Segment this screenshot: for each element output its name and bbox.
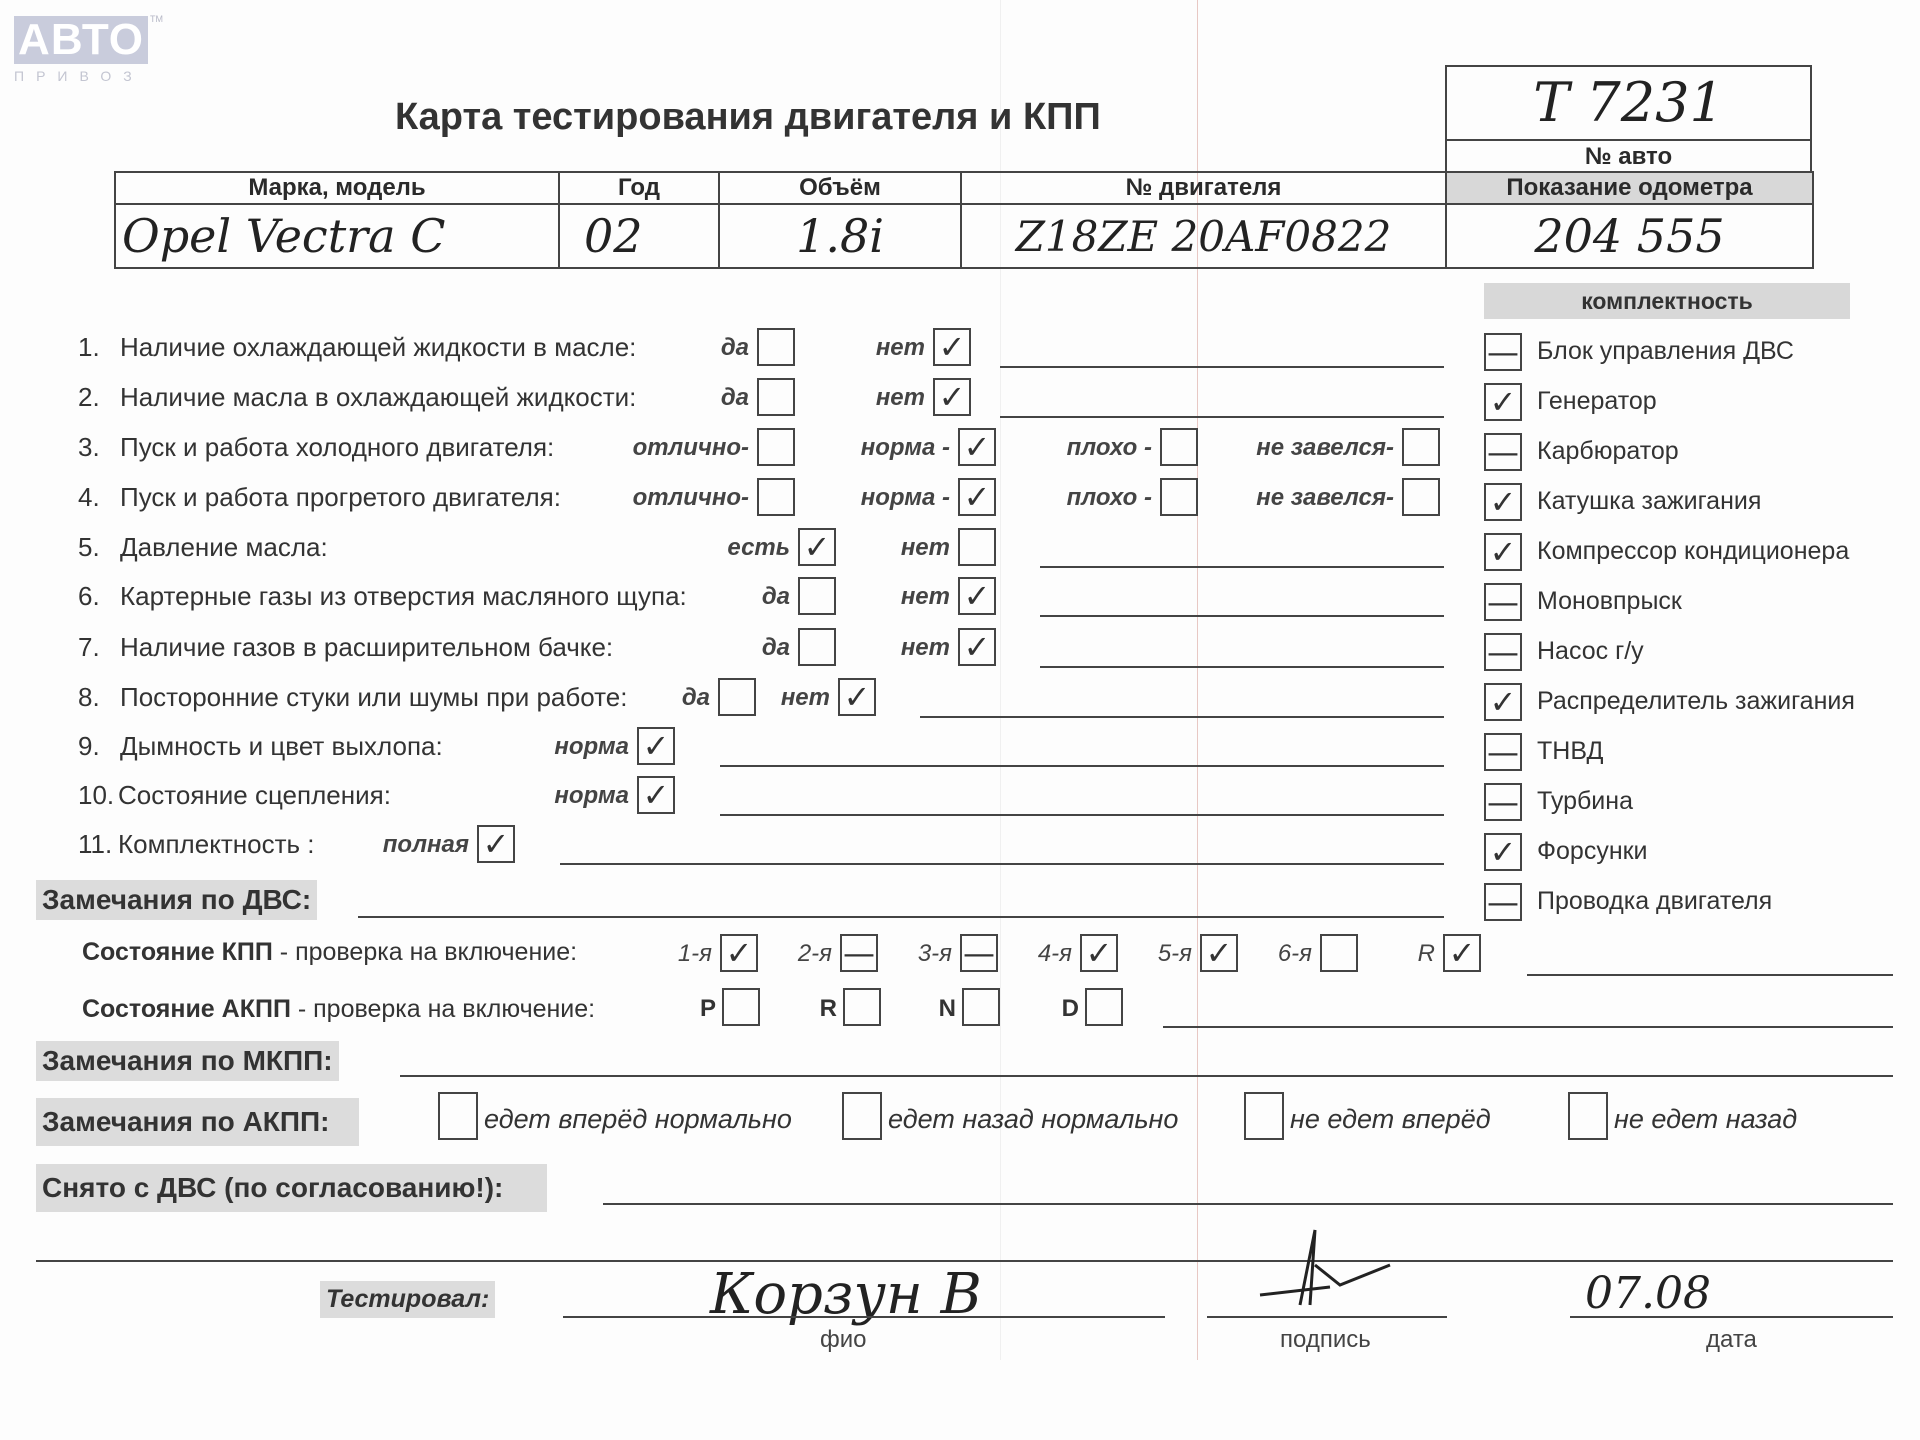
option-label: есть — [727, 534, 790, 562]
option-label: плохо - — [1067, 484, 1152, 512]
option-label: нет — [901, 534, 950, 562]
checklist-number: 6. — [78, 581, 100, 612]
signature-caption: подпись — [1280, 1326, 1371, 1354]
auto-remark-checkbox[interactable] — [842, 1092, 882, 1140]
checklist-notes-field[interactable] — [1000, 416, 1444, 418]
gear-label: 1-я — [678, 940, 712, 968]
completeness-checkbox[interactable]: ✓ — [1484, 833, 1522, 871]
option-label: нет — [781, 684, 830, 712]
checklist-item-label: Пуск и работа прогретого двигателя: — [120, 482, 561, 513]
option-checkbox[interactable] — [757, 328, 795, 366]
option-label: не завелся- — [1256, 484, 1394, 512]
option-label: нет — [876, 384, 925, 412]
checklist-item-label: Комплектность : — [118, 829, 315, 860]
option-checkbox[interactable]: ✓ — [637, 727, 675, 765]
auto-remark-option-label: едет вперёд нормально — [484, 1104, 792, 1135]
checklist-notes-field[interactable] — [720, 765, 1444, 767]
completeness-item-label: Катушка зажигания — [1537, 487, 1761, 516]
gear-label: 2-я — [798, 940, 832, 968]
option-label: норма — [554, 782, 629, 810]
checklist-notes-field[interactable] — [720, 814, 1444, 816]
checklist-number: 3. — [78, 432, 100, 463]
option-checkbox[interactable]: ✓ — [637, 776, 675, 814]
checklist-notes-field[interactable] — [920, 716, 1444, 718]
completeness-item-label: Моновпрыск — [1537, 587, 1682, 616]
checklist-item-label: Наличие газов в расширительном бачке: — [120, 632, 613, 663]
option-label: да — [762, 634, 790, 662]
completeness-item-label: Насос г/у — [1537, 637, 1644, 666]
gear-checkbox[interactable]: ✓ — [1080, 934, 1118, 972]
option-checkbox[interactable] — [757, 478, 795, 516]
option-checkbox[interactable]: ✓ — [838, 678, 876, 716]
checklist-notes-field[interactable] — [560, 863, 1444, 865]
car-number-label: № авто — [1447, 141, 1810, 173]
option-checkbox[interactable]: ✓ — [958, 478, 996, 516]
checklist-number: 2. — [78, 382, 100, 413]
checklist-notes-field[interactable] — [1040, 566, 1444, 568]
option-label: нет — [901, 634, 950, 662]
checklist-item-label: Картерные газы из отверстия масляного щу… — [120, 581, 687, 612]
option-checkbox[interactable]: ✓ — [958, 577, 996, 615]
col-header-volume: Объём — [719, 172, 961, 204]
option-label: отлично- — [633, 434, 749, 462]
gear-label: P — [700, 995, 716, 1023]
gear-label: 3-я — [918, 940, 952, 968]
completeness-checkbox[interactable]: ✓ — [1484, 533, 1522, 571]
completeness-checkbox[interactable]: — — [1484, 583, 1522, 621]
option-checkbox[interactable] — [1402, 478, 1440, 516]
completeness-checkbox[interactable]: — — [1484, 883, 1522, 921]
checklist-item-label: Наличие масла в охлаждающей жидкости: — [120, 382, 636, 413]
checklist-number: 10. — [78, 780, 114, 811]
engine-number-value[interactable]: Z18ZE 20AF0822 — [961, 204, 1446, 268]
date-field — [1570, 1316, 1893, 1318]
option-label: полная — [383, 831, 469, 859]
tested-by-label: Тестировал: — [320, 1281, 495, 1318]
option-label: не завелся- — [1256, 434, 1394, 462]
option-label: да — [762, 583, 790, 611]
remarks-auto-label: Замечания по АКПП: — [36, 1098, 359, 1146]
logo-subtitle: ПРИВОЗ — [14, 68, 150, 84]
checklist-item-label: Пуск и работа холодного двигателя: — [120, 432, 554, 463]
gear-checkbox[interactable]: — — [840, 934, 878, 972]
completeness-item-label: Блок управления ДВС — [1537, 337, 1794, 366]
checklist-item-label: Посторонние стуки или шумы при работе: — [120, 682, 627, 713]
option-checkbox[interactable]: ✓ — [933, 378, 971, 416]
col-header-year: Год — [559, 172, 719, 204]
completeness-checkbox[interactable]: ✓ — [1484, 483, 1522, 521]
checklist-notes-field[interactable] — [1040, 615, 1444, 617]
option-checkbox[interactable] — [757, 378, 795, 416]
completeness-item-label: Турбина — [1537, 787, 1633, 816]
auto-remark-checkbox[interactable] — [1244, 1092, 1284, 1140]
option-label: да — [721, 384, 749, 412]
gear-label: 5-я — [1158, 940, 1192, 968]
gear-label: D — [1062, 995, 1079, 1023]
manual-gearbox-notes-field[interactable] — [1527, 974, 1893, 976]
car-number-value[interactable]: T 7231 — [1447, 67, 1810, 141]
option-checkbox[interactable]: ✓ — [958, 428, 996, 466]
option-checkbox[interactable]: ✓ — [477, 825, 515, 863]
checklist-number: 9. — [78, 731, 100, 762]
option-label: да — [721, 334, 749, 362]
gear-checkbox[interactable] — [722, 988, 760, 1026]
completeness-item-label: Распределитель зажигания — [1537, 687, 1855, 716]
remarks-manual-label: Замечания по МКПП: — [36, 1041, 339, 1081]
model-value[interactable]: Opel Vectra C — [115, 204, 559, 268]
option-label: отлично- — [633, 484, 749, 512]
gear-label: N — [939, 995, 956, 1023]
completeness-item-label: Проводка двигателя — [1537, 887, 1772, 916]
checklist-notes-field[interactable] — [1000, 366, 1444, 368]
removed-field[interactable] — [603, 1203, 1893, 1205]
option-checkbox[interactable] — [757, 428, 795, 466]
checklist-item-label: Состояние сцепления: — [118, 780, 391, 811]
date-caption: дата — [1706, 1326, 1757, 1354]
gear-checkbox[interactable] — [1320, 934, 1358, 972]
auto-gearbox-label: Состояние АКПП - проверка на включение: — [82, 995, 595, 1024]
option-checkbox[interactable] — [718, 678, 756, 716]
checklist-item-label: Наличие охлаждающей жидкости в масле: — [120, 332, 636, 363]
checklist-item-label: Давление масла: — [120, 532, 328, 563]
completeness-checkbox[interactable]: ✓ — [1484, 383, 1522, 421]
option-checkbox[interactable] — [1160, 478, 1198, 516]
checklist-number: 1. — [78, 332, 100, 363]
completeness-title: комплектность — [1484, 283, 1850, 319]
car-number-box: T 7231 № авто — [1445, 65, 1812, 173]
option-checkbox[interactable]: ✓ — [933, 328, 971, 366]
volume-value[interactable]: 1.8i — [719, 204, 961, 268]
completeness-checkbox[interactable]: — — [1484, 783, 1522, 821]
option-checkbox[interactable] — [958, 528, 996, 566]
vehicle-info-table: Марка, модель Год Объём № двигателя Пока… — [114, 171, 1814, 269]
auto-remark-option-label: не едет вперёд — [1290, 1104, 1491, 1135]
option-label: норма — [554, 733, 629, 761]
completeness-item-label: Компрессор кондиционера — [1537, 537, 1849, 566]
checklist-number: 8. — [78, 682, 100, 713]
completeness-item-label: Генератор — [1537, 387, 1657, 416]
checklist-number: 7. — [78, 632, 100, 663]
option-checkbox[interactable] — [1402, 428, 1440, 466]
gear-label: 4-я — [1038, 940, 1072, 968]
gear-checkbox[interactable] — [843, 988, 881, 1026]
completeness-checkbox[interactable]: — — [1484, 433, 1522, 471]
remarks-engine-field[interactable] — [358, 916, 1444, 918]
option-label: норма - — [861, 434, 950, 462]
auto-remark-checkbox[interactable] — [438, 1092, 478, 1140]
option-label: норма - — [861, 484, 950, 512]
auto-remark-checkbox[interactable] — [1568, 1092, 1608, 1140]
gear-label: 6-я — [1278, 940, 1312, 968]
logo-trademark: TM — [150, 14, 163, 24]
col-header-engine-number: № двигателя — [961, 172, 1446, 204]
gear-checkbox[interactable]: ✓ — [720, 934, 758, 972]
test-date[interactable]: 07.08 — [1585, 1268, 1711, 1319]
remarks-engine-label: Замечания по ДВС: — [36, 880, 317, 920]
option-checkbox[interactable] — [798, 628, 836, 666]
completeness-item-label: ТНВД — [1537, 737, 1603, 766]
page-title: Карта тестирования двигателя и КПП — [395, 96, 1101, 139]
checklist-notes-field[interactable] — [1040, 666, 1444, 668]
completeness-item-label: Форсунки — [1537, 837, 1648, 866]
option-checkbox[interactable]: ✓ — [798, 528, 836, 566]
year-value[interactable]: 02 — [559, 204, 719, 268]
col-header-model: Марка, модель — [115, 172, 559, 204]
completeness-item-label: Карбюратор — [1537, 437, 1679, 466]
completeness-checkbox[interactable]: — — [1484, 733, 1522, 771]
option-label: плохо - — [1067, 434, 1152, 462]
gear-label: R — [1418, 940, 1435, 968]
checklist-number: 11. — [78, 829, 112, 860]
gear-label: R — [820, 995, 837, 1023]
removed-label: Снято с ДВС (по согласованию!): — [36, 1164, 547, 1212]
completeness-checkbox[interactable]: — — [1484, 633, 1522, 671]
auto-gearbox-notes-field[interactable] — [1163, 1026, 1893, 1028]
signature-icon[interactable] — [1240, 1225, 1400, 1315]
checklist-number: 5. — [78, 532, 100, 563]
option-checkbox[interactable] — [798, 577, 836, 615]
logo: АВТО — [14, 16, 148, 64]
tester-name-field — [563, 1316, 1165, 1318]
gear-checkbox[interactable] — [1085, 988, 1123, 1026]
auto-remark-option-label: едет назад нормально — [888, 1104, 1178, 1135]
completeness-checkbox[interactable]: ✓ — [1484, 683, 1522, 721]
gear-checkbox[interactable] — [962, 988, 1000, 1026]
gear-checkbox[interactable]: ✓ — [1200, 934, 1238, 972]
gear-checkbox[interactable]: — — [960, 934, 998, 972]
signature-field — [1207, 1316, 1447, 1318]
checklist-item-label: Дымность и цвет выхлопа: — [120, 731, 443, 762]
option-checkbox[interactable] — [1160, 428, 1198, 466]
option-label: нет — [901, 583, 950, 611]
col-header-odometer: Показание одометра — [1446, 172, 1813, 204]
tester-name-caption: фио — [820, 1326, 867, 1354]
option-label: нет — [876, 334, 925, 362]
manual-gearbox-label: Состояние КПП - проверка на включение: — [82, 938, 577, 967]
auto-remark-option-label: не едет назад — [1614, 1104, 1797, 1135]
option-label: да — [682, 684, 710, 712]
remarks-manual-field[interactable] — [400, 1075, 1893, 1077]
option-checkbox[interactable]: ✓ — [958, 628, 996, 666]
checklist-number: 4. — [78, 482, 100, 513]
completeness-checkbox[interactable]: — — [1484, 333, 1522, 371]
odometer-value[interactable]: 204 555 — [1446, 204, 1813, 268]
gear-checkbox[interactable]: ✓ — [1443, 934, 1481, 972]
